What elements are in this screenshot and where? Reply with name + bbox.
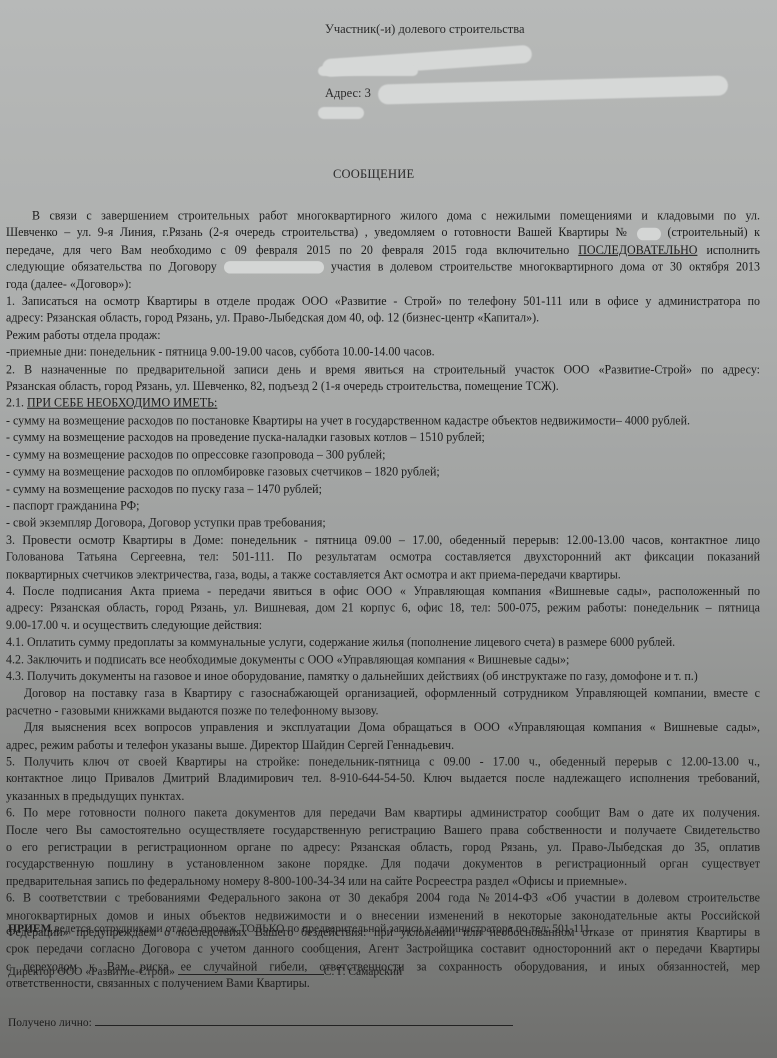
list-item: - сумму на возмещение расходов по постан…	[6, 412, 760, 429]
intro-line-4: следующие обязательства по Договору учас…	[6, 258, 760, 275]
intro-line-4-text: следующие обязательства по Договору	[6, 259, 217, 274]
item4-line-2: адресу: Рязанская область, город Рязань,…	[6, 599, 760, 616]
intro-line-5: года (далее- «Договор»):	[6, 275, 760, 292]
intro-line-2-text: Шевченко – ул. 9-я Линия, г.Рязань (2-я …	[6, 225, 630, 240]
item4-3: 4.3. Получить документы на газовое и ино…	[6, 668, 760, 685]
item1-line-4: -приемные дни: понедельник - пятница 9.0…	[6, 344, 760, 361]
redacted-contract-number	[224, 262, 324, 274]
emphasis-sequentially: ПОСЛЕДОВАТЕЛЬНО	[578, 242, 697, 257]
list-item: - сумму на возмещение расходов по опломб…	[6, 463, 760, 480]
redacted-address	[378, 75, 728, 104]
document-body: В связи с завершением строительных работ…	[6, 207, 760, 992]
item5-line-1: 5. Получить ключ от своей Квартиры на ст…	[6, 753, 760, 770]
item4-contact-line-1: Для выяснения всех вопросов управления и…	[6, 719, 760, 736]
item4-line-3: 9.00-17.00 ч. и осуществить следующие де…	[6, 617, 760, 634]
list-item: - сумму на возмещение расходов на провед…	[6, 429, 760, 446]
item1-line-3: Режим работы отдела продаж:	[6, 326, 760, 343]
item6a-line-1: 6. По мере готовности полного пакета док…	[6, 804, 760, 821]
document-title: СООБЩЕНИЕ	[333, 167, 414, 182]
item6a-line-4: государственную пошлину в установленном …	[6, 855, 760, 872]
redacted-address-part	[318, 107, 364, 119]
item2-1-heading: 2.1. ПРИ СЕБЕ НЕОБХОДИМО ИМЕТЬ:	[6, 395, 760, 412]
reception-notice-text: ведется сотрудниками отдела продаж ТОЛЬК…	[51, 923, 592, 935]
director-signature-row: Директор ООО «Развитие-Строй» С. Г. Сама…	[8, 966, 402, 978]
director-label: Директор ООО «Развитие-Строй»	[8, 966, 175, 978]
intro-line-2-end: (строительный) к	[668, 225, 760, 240]
item6b-line-4: срок передачи согласно Договора с учетом…	[6, 941, 760, 958]
list-item: - паспорт гражданина РФ;	[6, 497, 760, 514]
item3-line-3: поквартирных счетчиков электричества, га…	[6, 565, 760, 582]
item1-line-1: 1. Записаться на осмотр Квартиры в отдел…	[6, 292, 760, 309]
intro-line-3-text: передаче, для чего Вам необходимо с 09 ф…	[6, 242, 569, 257]
item4-line-1: 4. После подписания Акта приема - переда…	[6, 582, 760, 599]
redacted-apartment-number	[637, 227, 661, 239]
intro-line-3-end: исполнить	[706, 242, 760, 257]
item4-3-continued: Договор на поставку газа в Квартиру с га…	[6, 685, 760, 702]
list-item: - сумму на возмещение расходов по пуску …	[6, 480, 760, 497]
item5-line-3: указанных в предыдущих пунктах.	[6, 787, 760, 804]
recipient-label: Участник(-и) долевого строительства	[325, 22, 525, 37]
item3-line-1: 3. Провести осмотр Квартиры в Доме: поне…	[6, 531, 760, 548]
item4-3-end: расчетно - газовыми книжками выдаются по…	[6, 702, 760, 719]
intro-line-3: передаче, для чего Вам необходимо с 09 ф…	[6, 241, 760, 258]
item6a-line-5: предварительная запись по федеральному н…	[6, 872, 760, 889]
address-label: Адрес: 3	[325, 86, 371, 101]
received-signature-row: Получено лично:	[8, 1017, 513, 1029]
list-item: - свой экземпляр Договора, Договор уступ…	[6, 514, 760, 531]
item3-line-2: Голованова Татьяна Сергеевна, тел: 501-1…	[6, 548, 760, 565]
item6a-line-2: После чего Вы самостоятельно осуществляе…	[6, 821, 760, 838]
item5-line-2: контактное лицо Привалов Дмитрий Владими…	[6, 770, 760, 787]
reception-notice: ПРИЕМ ведется сотрудниками отдела продаж…	[8, 923, 593, 935]
item1-line-2: адресу: Рязанская область, город Рязань,…	[6, 309, 760, 326]
item4-1: 4.1. Оплатить сумму предоплаты за коммун…	[6, 634, 760, 651]
intro-line-2: Шевченко – ул. 9-я Линия, г.Рязань (2-я …	[6, 224, 760, 241]
intro-line-4-end: участия в долевом строительстве многоква…	[331, 259, 760, 274]
redacted-name-part	[318, 66, 418, 76]
document-page: Участник(-и) долевого строительства Адре…	[0, 0, 777, 1058]
item2-1-prefix: 2.1.	[6, 396, 24, 411]
item2-line-1: 2. В назначенные по предварительной запи…	[6, 361, 760, 378]
intro-line-1: В связи с завершением строительных работ…	[6, 207, 760, 224]
director-name: С. Г. Самарский	[324, 966, 402, 978]
received-label: Получено лично:	[8, 1017, 92, 1029]
item4-contact-line-2: адрес, режим работы и телефон указаны вы…	[6, 736, 760, 753]
item6b-line-2: многоквартирных домов и иных объектов не…	[6, 907, 760, 924]
list-item: - сумму на возмещение расходов по опресс…	[6, 446, 760, 463]
item4-2: 4.2. Заключить и подписать все необходим…	[6, 651, 760, 668]
item2-1-heading-text: ПРИ СЕБЕ НЕОБХОДИМО ИМЕТЬ:	[27, 396, 217, 411]
director-signature-line	[178, 974, 324, 975]
received-signature-line	[95, 1025, 513, 1026]
item6a-line-3: о его регистрации в регистрационном орга…	[6, 838, 760, 855]
reception-notice-bold: ПРИЕМ	[8, 923, 51, 935]
item2-line-2: Рязанская область, город Рязань, ул. Шев…	[6, 378, 760, 395]
item6b-line-1: 6. В соответствии с требованиями Федерал…	[6, 890, 760, 907]
